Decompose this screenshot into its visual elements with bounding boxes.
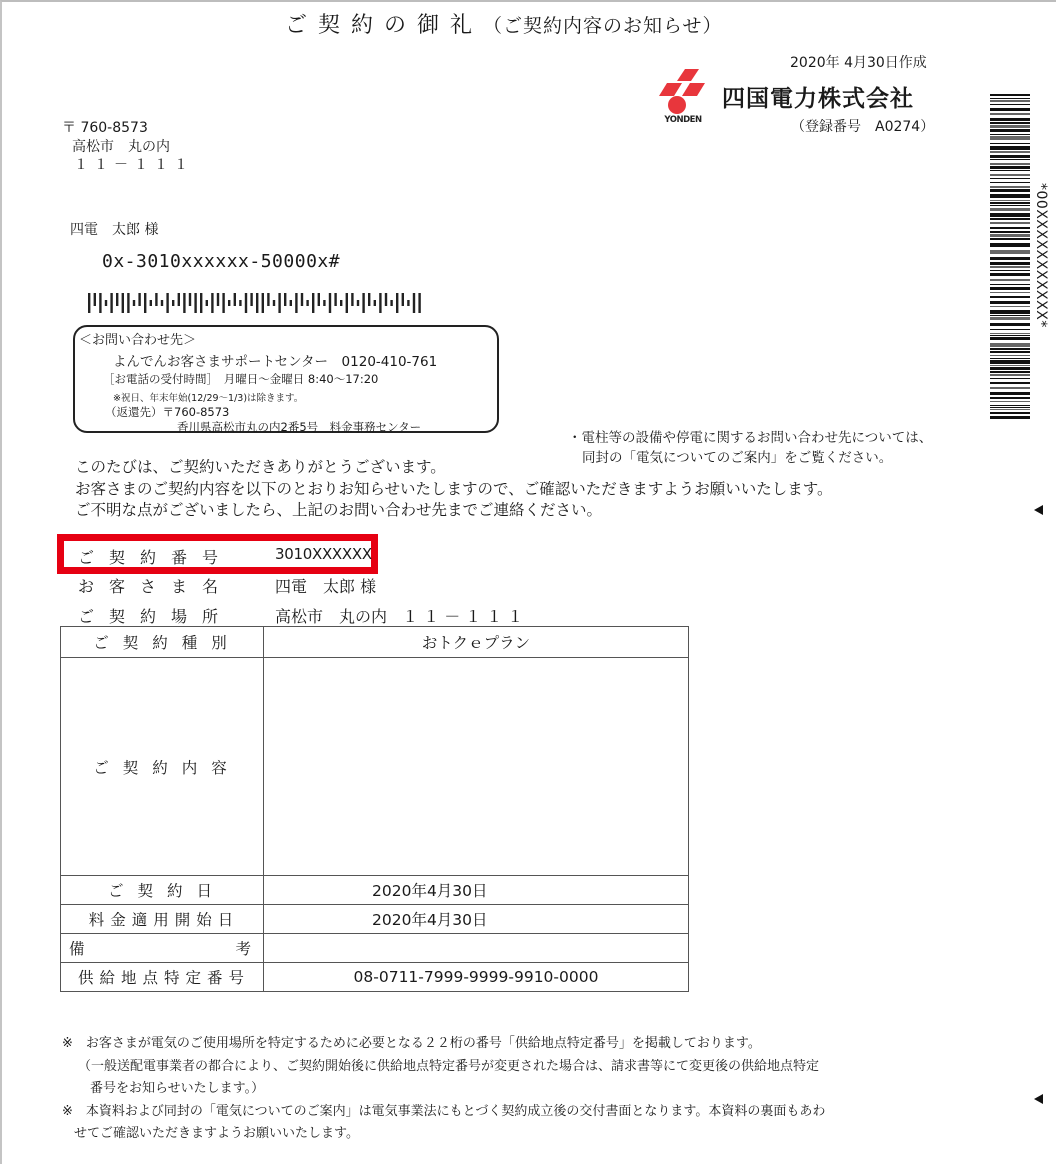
holiday-note: ※祝日、年末年始(12/29～1/3)は除きます。 <box>113 390 303 404</box>
alignment-marker-icon <box>1034 505 1043 515</box>
recipient-address-line2: １１－１１１ <box>74 154 194 174</box>
remarks-label-left: 備 <box>69 940 85 958</box>
contract-location-city: 高松市 丸の内 <box>275 607 387 626</box>
customer-name-label: お客さま名 <box>78 574 233 597</box>
issue-date: 2020年 4月30日作成 <box>790 52 927 72</box>
contract-number-label: ご契約番号 <box>78 545 233 568</box>
footnote-line2: （一般送配電事業者の都合により、ご契約開始後に供給地点特定番号が変更された場合は… <box>78 1055 819 1074</box>
side-barcode-text: *00XXXXXXXXXXX* <box>1033 183 1049 328</box>
contract-number-value: 3010XXXXXX <box>275 545 372 563</box>
document-title: ご契約の御礼（ご契約内容のお知らせ） <box>285 8 722 39</box>
remarks-label-right: 考 <box>235 937 251 959</box>
billing-start-date-value: 2020年4月30日 <box>264 905 689 934</box>
footnote-line1: ※ お客さまが電気のご使用場所を特定するために必要となる２２桁の番号「供給地点特… <box>62 1032 761 1051</box>
contract-date-value: 2020年4月30日 <box>264 876 689 905</box>
contact-title: ＜お問い合わせ先＞ <box>79 329 196 348</box>
contact-info-box: ＜お問い合わせ先＞ よんでんお客さまサポートセンター 0120-410-761 … <box>73 325 499 433</box>
yonden-logo-icon <box>655 67 715 117</box>
supply-point-id-label: 供給地点特定番号 <box>61 963 264 992</box>
table-row: ご契約種別 おトクｅプラン <box>61 627 689 658</box>
side-barcode-icon <box>990 94 1030 420</box>
side-notice-line1: ・電柱等の設備や停電に関するお問い合わせ先については、 <box>568 426 932 446</box>
company-name: 四国電力株式会社 <box>722 80 914 113</box>
billing-start-date-label: 料金適用開始日 <box>61 905 264 934</box>
return-address-label: （返還先）〒760-8573 <box>105 404 229 420</box>
greeting-line3: ご不明な点がございましたら、上記のお問い合わせ先までご連絡ください。 <box>75 498 602 520</box>
side-notice-line2: 同封の「電気についてのご案内」をご覧ください。 <box>582 446 892 466</box>
table-row: 供給地点特定番号 08-0711-7999-9999-9910-0000 <box>61 963 689 992</box>
customer-code: 0x-3010xxxxxx-50000x# <box>102 251 340 272</box>
greeting-line2: お客さまのご契約内容を以下のとおりお知らせいたしますので、ご確認いただきますよう… <box>75 477 833 499</box>
table-row: ご契約日 2020年4月30日 <box>61 876 689 905</box>
contract-date-label: ご契約日 <box>61 876 264 905</box>
postal-barcode-icon <box>88 293 428 313</box>
remarks-label: 備考 <box>61 934 264 963</box>
title-sub: （ご契約内容のお知らせ） <box>483 15 722 37</box>
contract-content-label: ご契約内容 <box>61 658 264 876</box>
footnote-line5: せてご確認いただきますようお願いいたします。 <box>74 1122 359 1141</box>
table-row: 備考 <box>61 934 689 963</box>
table-row: ご契約内容 <box>61 658 689 876</box>
return-address: 香川県高松市丸の内2番5号 料金事務センター <box>177 419 421 435</box>
contract-content-value <box>264 658 689 876</box>
greeting-line1: このたびは、ご契約いただきありがとうございます。 <box>75 455 446 477</box>
contract-type-value: おトクｅプラン <box>264 627 689 658</box>
title-main: ご契約の御礼 <box>285 13 483 38</box>
logo-text: YONDEN <box>655 115 711 125</box>
footnote-line3: 番号をお知らせいたします。） <box>90 1077 264 1096</box>
customer-name-value: 四電 太郎 様 <box>275 574 376 597</box>
footnote-line4: ※ 本資料および同封の「電気についてのご案内」は電気事業法にもとづく契約成立後の… <box>62 1100 825 1119</box>
registration-number: （登録番号 A0274） <box>791 116 934 136</box>
supply-point-id-value: 08-0711-7999-9999-9910-0000 <box>264 963 689 992</box>
alignment-marker-icon <box>1034 1094 1043 1104</box>
recipient-address-line1: 高松市 丸の内 <box>72 136 170 156</box>
contract-location-label: ご契約場所 <box>78 604 233 627</box>
contract-details-table: ご契約種別 おトクｅプラン ご契約内容 ご契約日 2020年4月30日 料金適用… <box>60 626 689 992</box>
yonden-logo: YONDEN <box>655 67 715 127</box>
contract-location-number: １１－１１１ <box>402 607 528 626</box>
contract-type-label: ご契約種別 <box>61 627 264 658</box>
recipient-postal-code: 〒 760-8573 <box>62 117 148 137</box>
support-hours: ［お電話の受付時間］ 月曜日～金曜日 8:40～17:20 <box>103 371 378 387</box>
table-row: 料金適用開始日 2020年4月30日 <box>61 905 689 934</box>
recipient-name: 四電 太郎 様 <box>70 219 158 239</box>
support-center-phone: よんでんお客さまサポートセンター 0120-410-761 <box>113 350 437 370</box>
remarks-value <box>264 934 689 963</box>
contract-location-value: 高松市 丸の内 １１－１１１ <box>275 604 528 627</box>
